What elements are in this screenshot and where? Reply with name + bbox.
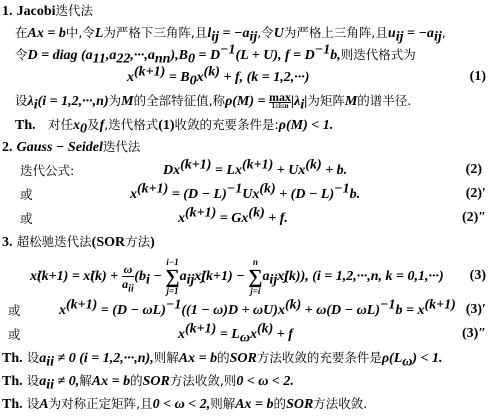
math-sup: (k+1) [66, 298, 97, 313]
text: 的 [274, 396, 287, 411]
sigma-icon: ∑ [248, 268, 262, 286]
math: ≠ 0, [54, 374, 79, 389]
math-sub: ω [240, 331, 250, 346]
math: u [388, 26, 396, 41]
equation-number: (2)′ [466, 186, 486, 202]
section-2-heading: 2. Gauss − Seidel迭代法 [2, 138, 140, 157]
math: ρ(M) < 1. [279, 118, 333, 133]
math: − [233, 269, 248, 284]
method-name: Jacobi [17, 4, 56, 19]
math-sub: ii [128, 283, 134, 294]
math: SOR [230, 351, 257, 366]
sor-row-1: 或 [8, 302, 21, 321]
math: x [178, 211, 185, 226]
jacobi-definition-line-2: 令D = diag (a11,a22,···,ann),B0 = D−1(L +… [15, 46, 416, 65]
text: 的 [217, 350, 230, 365]
heading-paren: ) [150, 235, 155, 250]
max-operator: max1≤i≤n [269, 93, 291, 111]
math: ρ(M) = [225, 94, 269, 109]
sor-theorem-1: Th. 设aii ≠ 0 (i = 1,2,···,n),则解Ax = b的SO… [2, 349, 443, 368]
equation-3-double-prime: x(k+1) = Lωx(k) + f [178, 326, 293, 344]
equation-3-prime: x(k+1) = (D − ωL)−1((1 − ω)D + ωU)x(k) +… [59, 302, 456, 320]
text: 设 [27, 350, 40, 365]
math: ,···,a [130, 48, 155, 63]
math-sup: (k+1) [180, 158, 211, 173]
math: = (D − L) [168, 187, 226, 202]
math-sup: −1 [380, 298, 395, 313]
gauss-seidel-row-2: 或 [20, 186, 33, 205]
text: 的全部特征值,称 [134, 93, 225, 108]
math-sup: (k+1) [185, 206, 216, 221]
equation-2-double-prime: x(k+1) = Gx(k) + f. [178, 210, 288, 228]
text: 的 [130, 373, 143, 388]
math: + Ux [273, 163, 305, 178]
math-sup: −1 [334, 182, 349, 197]
text: 则迭代格式为 [341, 47, 416, 62]
math-sup: (k+1) [185, 322, 216, 337]
math: |λ [291, 94, 300, 109]
equation-number: (2)″ [462, 210, 486, 226]
text: 方法收敛,则 [170, 373, 236, 388]
sor-row-2: 或 [8, 326, 21, 345]
math: ), (i = 1,2,···,n, k = 0,1,···) [301, 269, 444, 284]
text: 中,令 [66, 25, 95, 40]
math: ,a [106, 48, 117, 63]
row-prefix: 迭代公式: [20, 163, 74, 178]
math: x [30, 269, 37, 284]
numerator: ω [122, 262, 135, 277]
text: 设 [27, 396, 40, 411]
math: a [180, 269, 187, 284]
math: = Gx [216, 211, 248, 226]
math-sup: −1 [166, 298, 181, 313]
denominator: aii [122, 277, 135, 291]
sum-operator: n∑j=i [248, 257, 262, 297]
text: , [442, 25, 446, 40]
math: b = x [395, 303, 424, 318]
theorem-label: Th. [15, 118, 36, 133]
equation-3: x(k+1)i = x(k)i + ωaii(bi − i−1∑j=1aijx(… [30, 253, 444, 301]
equation-number: (1) [470, 69, 486, 85]
math: x [178, 327, 185, 342]
math: Ax = b [235, 397, 273, 412]
math: (L + U), f = D [236, 48, 315, 63]
heading-text: 迭代法 [103, 139, 141, 154]
text: 解 [79, 373, 92, 388]
math: D = diag (a [28, 48, 93, 63]
math-sub: ii [46, 355, 54, 370]
math: + [107, 269, 122, 284]
section-number: 3. [2, 235, 13, 250]
math-sup: −1 [315, 43, 330, 58]
text: 设 [15, 93, 28, 108]
method-name: Gauss − Seidel [17, 140, 103, 155]
theorem-label: Th. [2, 351, 23, 366]
math-sub: 0 [190, 74, 197, 89]
math-sup: (k+1) [134, 65, 165, 80]
math: Ax = b [28, 26, 66, 41]
equation-number: (3) [470, 268, 486, 284]
text: 对任 [48, 117, 73, 132]
math: = Lx [211, 163, 242, 178]
equation-number: (3)″ [462, 326, 486, 342]
math: = (D − ωL) [97, 303, 166, 318]
math-sub: 22 [116, 52, 130, 67]
equation-1: x(k+1) = B0x(k) + f, (k = 1,2,···) [127, 69, 309, 87]
math: ≠ 0 (i = 1,2,···,n), [54, 351, 154, 366]
math-sup: −1 [220, 43, 235, 58]
equation-2-prime: x(k+1) = (D − L)−1Ux(k) + (D − L)−1b. [130, 186, 360, 204]
text: 设 [27, 373, 40, 388]
math: x [127, 70, 134, 85]
omega-fraction: ωaii [122, 262, 135, 291]
math: x [73, 118, 80, 133]
math: ),B [170, 48, 188, 63]
math: x [130, 187, 137, 202]
math-sub: 11 [93, 52, 106, 67]
math-sup: (k) [305, 158, 321, 173]
text: 为矩阵 [307, 93, 345, 108]
math-sup: (k+1) [424, 298, 455, 313]
math: SOR [143, 374, 170, 389]
sum-operator: i−1∑j=1 [165, 257, 179, 297]
theorem-label: Th. [2, 397, 23, 412]
math-sub: 0 [80, 122, 87, 137]
math-sup: (k) [204, 65, 220, 80]
math: x [197, 70, 204, 85]
text: 则解 [210, 396, 235, 411]
math-sup: (k) [257, 322, 273, 337]
text: 方法收敛. [313, 396, 367, 411]
section-number: 1. [2, 4, 13, 19]
math: = D [195, 48, 220, 63]
math-sup: (k) [285, 298, 301, 313]
math: SOR [286, 397, 313, 412]
math: ρ(L [382, 351, 402, 366]
heading-text: 迭代法 [56, 3, 94, 18]
math: ((1 − ω)D + ωU)x [181, 303, 285, 318]
spectral-radius-definition: 设λi(i = 1,2,···,n)为M的全部特征值,称ρ(M) = max1≤… [15, 92, 411, 111]
row-prefix: 或 [8, 303, 21, 318]
math: Dx [163, 163, 180, 178]
math: 0 < ω < 2, [153, 397, 211, 412]
row-prefix: 或 [20, 211, 33, 226]
math: x [250, 327, 257, 342]
heading-text: 方法 [125, 234, 150, 249]
sor-theorem-3: Th. 设A为对称正定矩阵,且0 < ω < 2,则解Ax = b的SOR方法收… [2, 395, 367, 414]
heading-text: 超松驰迭代法 [17, 234, 92, 249]
math: + f, (k = 1,2,···) [220, 70, 309, 85]
equation-2: Dx(k+1) = Lx(k+1) + Ux(k) + b. [163, 162, 347, 180]
row-prefix: 或 [8, 327, 21, 342]
sigma-icon: ∑ [165, 268, 179, 286]
text: 为严格下三角阵,且 [103, 25, 207, 40]
math: + ω(D − ωL) [301, 303, 380, 318]
text: 的谱半径. [357, 93, 411, 108]
row-prefix: 或 [20, 187, 33, 202]
jacobi-theorem: Th. 对任x0及f,迭代格式(1)收敛的充要条件是:ρ(M) < 1. [15, 116, 333, 135]
sor-theorem-2: Th. 设aii ≠ 0,解Ax = b的SOR方法收敛,则0 < ω < 2. [2, 372, 294, 391]
math-sub: 0 [188, 52, 195, 67]
math-sub: ij [211, 30, 219, 45]
math: = −a [403, 26, 433, 41]
math: + b. [322, 163, 347, 178]
math: b. [350, 187, 361, 202]
sum-lower: j=i [248, 286, 262, 297]
section-number: 2. [2, 140, 13, 155]
math: = L [216, 327, 240, 342]
math: Ux [242, 187, 259, 202]
math: ) < 1. [412, 351, 442, 366]
equation-number: (3)′ [466, 302, 486, 318]
math-sub: ij [434, 30, 442, 45]
text: 收敛的充要条件是: [175, 117, 279, 132]
math: + f. [265, 211, 288, 226]
math-sup: (k) [248, 206, 264, 221]
section-3-heading: 3. 超松驰迭代法(SOR方法) [2, 233, 155, 252]
text: 则解 [154, 350, 179, 365]
math: M [345, 94, 357, 109]
math: = B [165, 70, 189, 85]
heading-abbr: (SOR [92, 235, 125, 250]
text: 为 [109, 93, 122, 108]
math-sup: (k) [259, 182, 275, 197]
section-1-heading: 1. Jacobi迭代法 [2, 2, 93, 21]
math: (b [134, 269, 146, 284]
text: 为严格上三角阵,且 [284, 25, 388, 40]
math: x [59, 303, 66, 318]
gauss-seidel-row-1: 迭代公式: [20, 162, 74, 181]
text: 令 [15, 47, 28, 62]
text: 在 [15, 25, 28, 40]
math-sub: ii [46, 378, 54, 393]
math: b, [330, 48, 341, 63]
math: (i = 1,2,···,n) [38, 94, 109, 109]
math: = x [68, 269, 90, 284]
math: (1) [158, 118, 174, 133]
theorem-label: Th. [2, 374, 23, 389]
text: ,迭代格式 [104, 117, 158, 132]
jacobi-definition-line-1: 在Ax = b中,令L为严格下三角阵,且lij = −aij,令U为严格上三角阵… [15, 24, 446, 43]
math: M [121, 94, 133, 109]
math: Ax = b [92, 374, 130, 389]
math: A [39, 397, 48, 412]
math-sup: −1 [227, 182, 242, 197]
math: − [150, 269, 165, 284]
text: 及 [87, 117, 100, 132]
math: Ax = b [179, 351, 217, 366]
math-sub: ω [402, 355, 412, 370]
max-label: max [269, 93, 291, 102]
math-sup: (k+1) [137, 182, 168, 197]
equation-number: (2) [466, 162, 482, 178]
math: U [274, 26, 284, 41]
math: = −a [219, 26, 249, 41]
max-range: 1≤i≤n [269, 102, 291, 111]
sum-lower: j=1 [165, 286, 179, 297]
math: 0 < ω < 2. [236, 374, 294, 389]
math: + f [273, 327, 293, 342]
text: 方法收敛的充要条件是 [257, 350, 382, 365]
text: ,令 [257, 25, 273, 40]
math: + (D − L) [276, 187, 334, 202]
gauss-seidel-row-3: 或 [20, 210, 33, 229]
math-sup: (k+1) [242, 158, 273, 173]
text: 为对称正定矩阵,且 [49, 396, 153, 411]
